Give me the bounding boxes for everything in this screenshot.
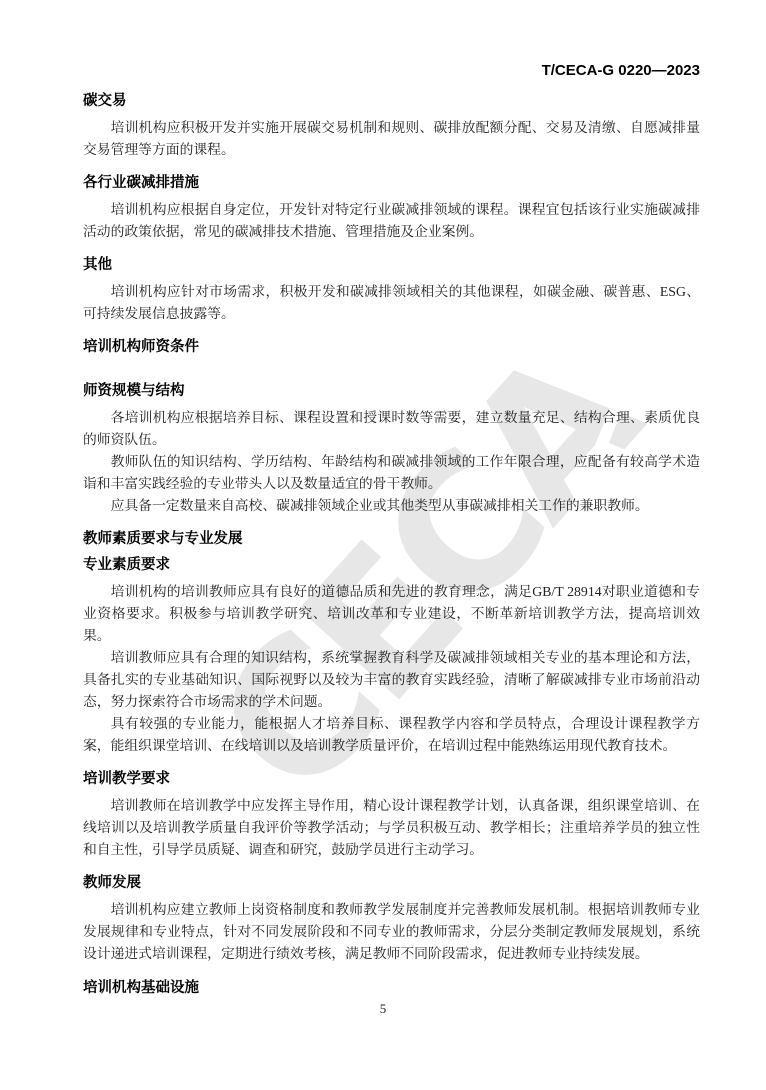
paragraph-training-teaching: 培训教师在培训教学中应发挥主导作用，精心设计课程教学计划，认真备课，组织课堂培训… bbox=[83, 795, 700, 861]
heading-carbon-trading: 碳交易 bbox=[83, 91, 700, 111]
paragraph-other: 培训机构应针对市场需求，积极开发和碳减排领域相关的其他课程，如碳金融、碳普惠、E… bbox=[83, 281, 700, 325]
paragraph-faculty-scale-2: 教师队伍的知识结构、学历结构、年龄结构和碳减排领域的工作年限合理，应配备有较高学… bbox=[83, 451, 700, 495]
document-body: T/CECA-G 0220—2023 碳交易 培训机构应积极开发并实施开展碳交易… bbox=[0, 0, 766, 998]
paragraph-teacher-development: 培训机构应建立教师上岗资格制度和教师教学发展制度并完善教师发展机制。根据培训教师… bbox=[83, 899, 700, 965]
paragraph-faculty-scale-3: 应具备一定数量来自高校、碳减排领域企业或其他类型从事碳减排相关工作的兼职教师。 bbox=[83, 495, 700, 517]
paragraph-professional-quality-1: 培训机构的培训教师应具有良好的道德品质和先进的教育理念，满足GB/T 28914… bbox=[83, 581, 700, 647]
standard-code-header: T/CECA-G 0220—2023 bbox=[83, 62, 700, 79]
heading-teacher-quality-development: 教师素质要求与专业发展 bbox=[83, 529, 700, 549]
heading-faculty-scale-structure: 师资规模与结构 bbox=[83, 381, 700, 401]
page-number: 5 bbox=[0, 1001, 766, 1017]
document-page: CECA T/CECA-G 0220—2023 碳交易 培训机构应积极开发并实施… bbox=[0, 0, 766, 1090]
paragraph-faculty-scale-1: 各培训机构应根据培养目标、课程设置和授课时数等需要，建立数量充足、结构合理、素质… bbox=[83, 407, 700, 451]
paragraph-professional-quality-3: 具有较强的专业能力，能根据人才培养目标、课程教学内容和学员特点，合理设计课程教学… bbox=[83, 713, 700, 757]
paragraph-professional-quality-2: 培训教师应具有合理的知识结构，系统掌握教育科学及碳减排领域相关专业的基本理论和方… bbox=[83, 647, 700, 713]
heading-industry-measures: 各行业碳减排措施 bbox=[83, 173, 700, 193]
paragraph-carbon-trading: 培训机构应积极开发并实施开展碳交易机制和规则、碳排放配额分配、交易及清缴、自愿减… bbox=[83, 117, 700, 161]
heading-professional-quality: 专业素质要求 bbox=[83, 555, 700, 575]
heading-infrastructure: 培训机构基础设施 bbox=[83, 978, 700, 998]
heading-other: 其他 bbox=[83, 255, 700, 275]
heading-training-teaching-requirements: 培训教学要求 bbox=[83, 769, 700, 789]
paragraph-industry-measures: 培训机构应根据自身定位，开发针对特定行业碳减排领域的课程。课程宜包括该行业实施碳… bbox=[83, 199, 700, 243]
heading-teacher-development: 教师发展 bbox=[83, 873, 700, 893]
heading-training-institution-faculty: 培训机构师资条件 bbox=[83, 337, 700, 357]
